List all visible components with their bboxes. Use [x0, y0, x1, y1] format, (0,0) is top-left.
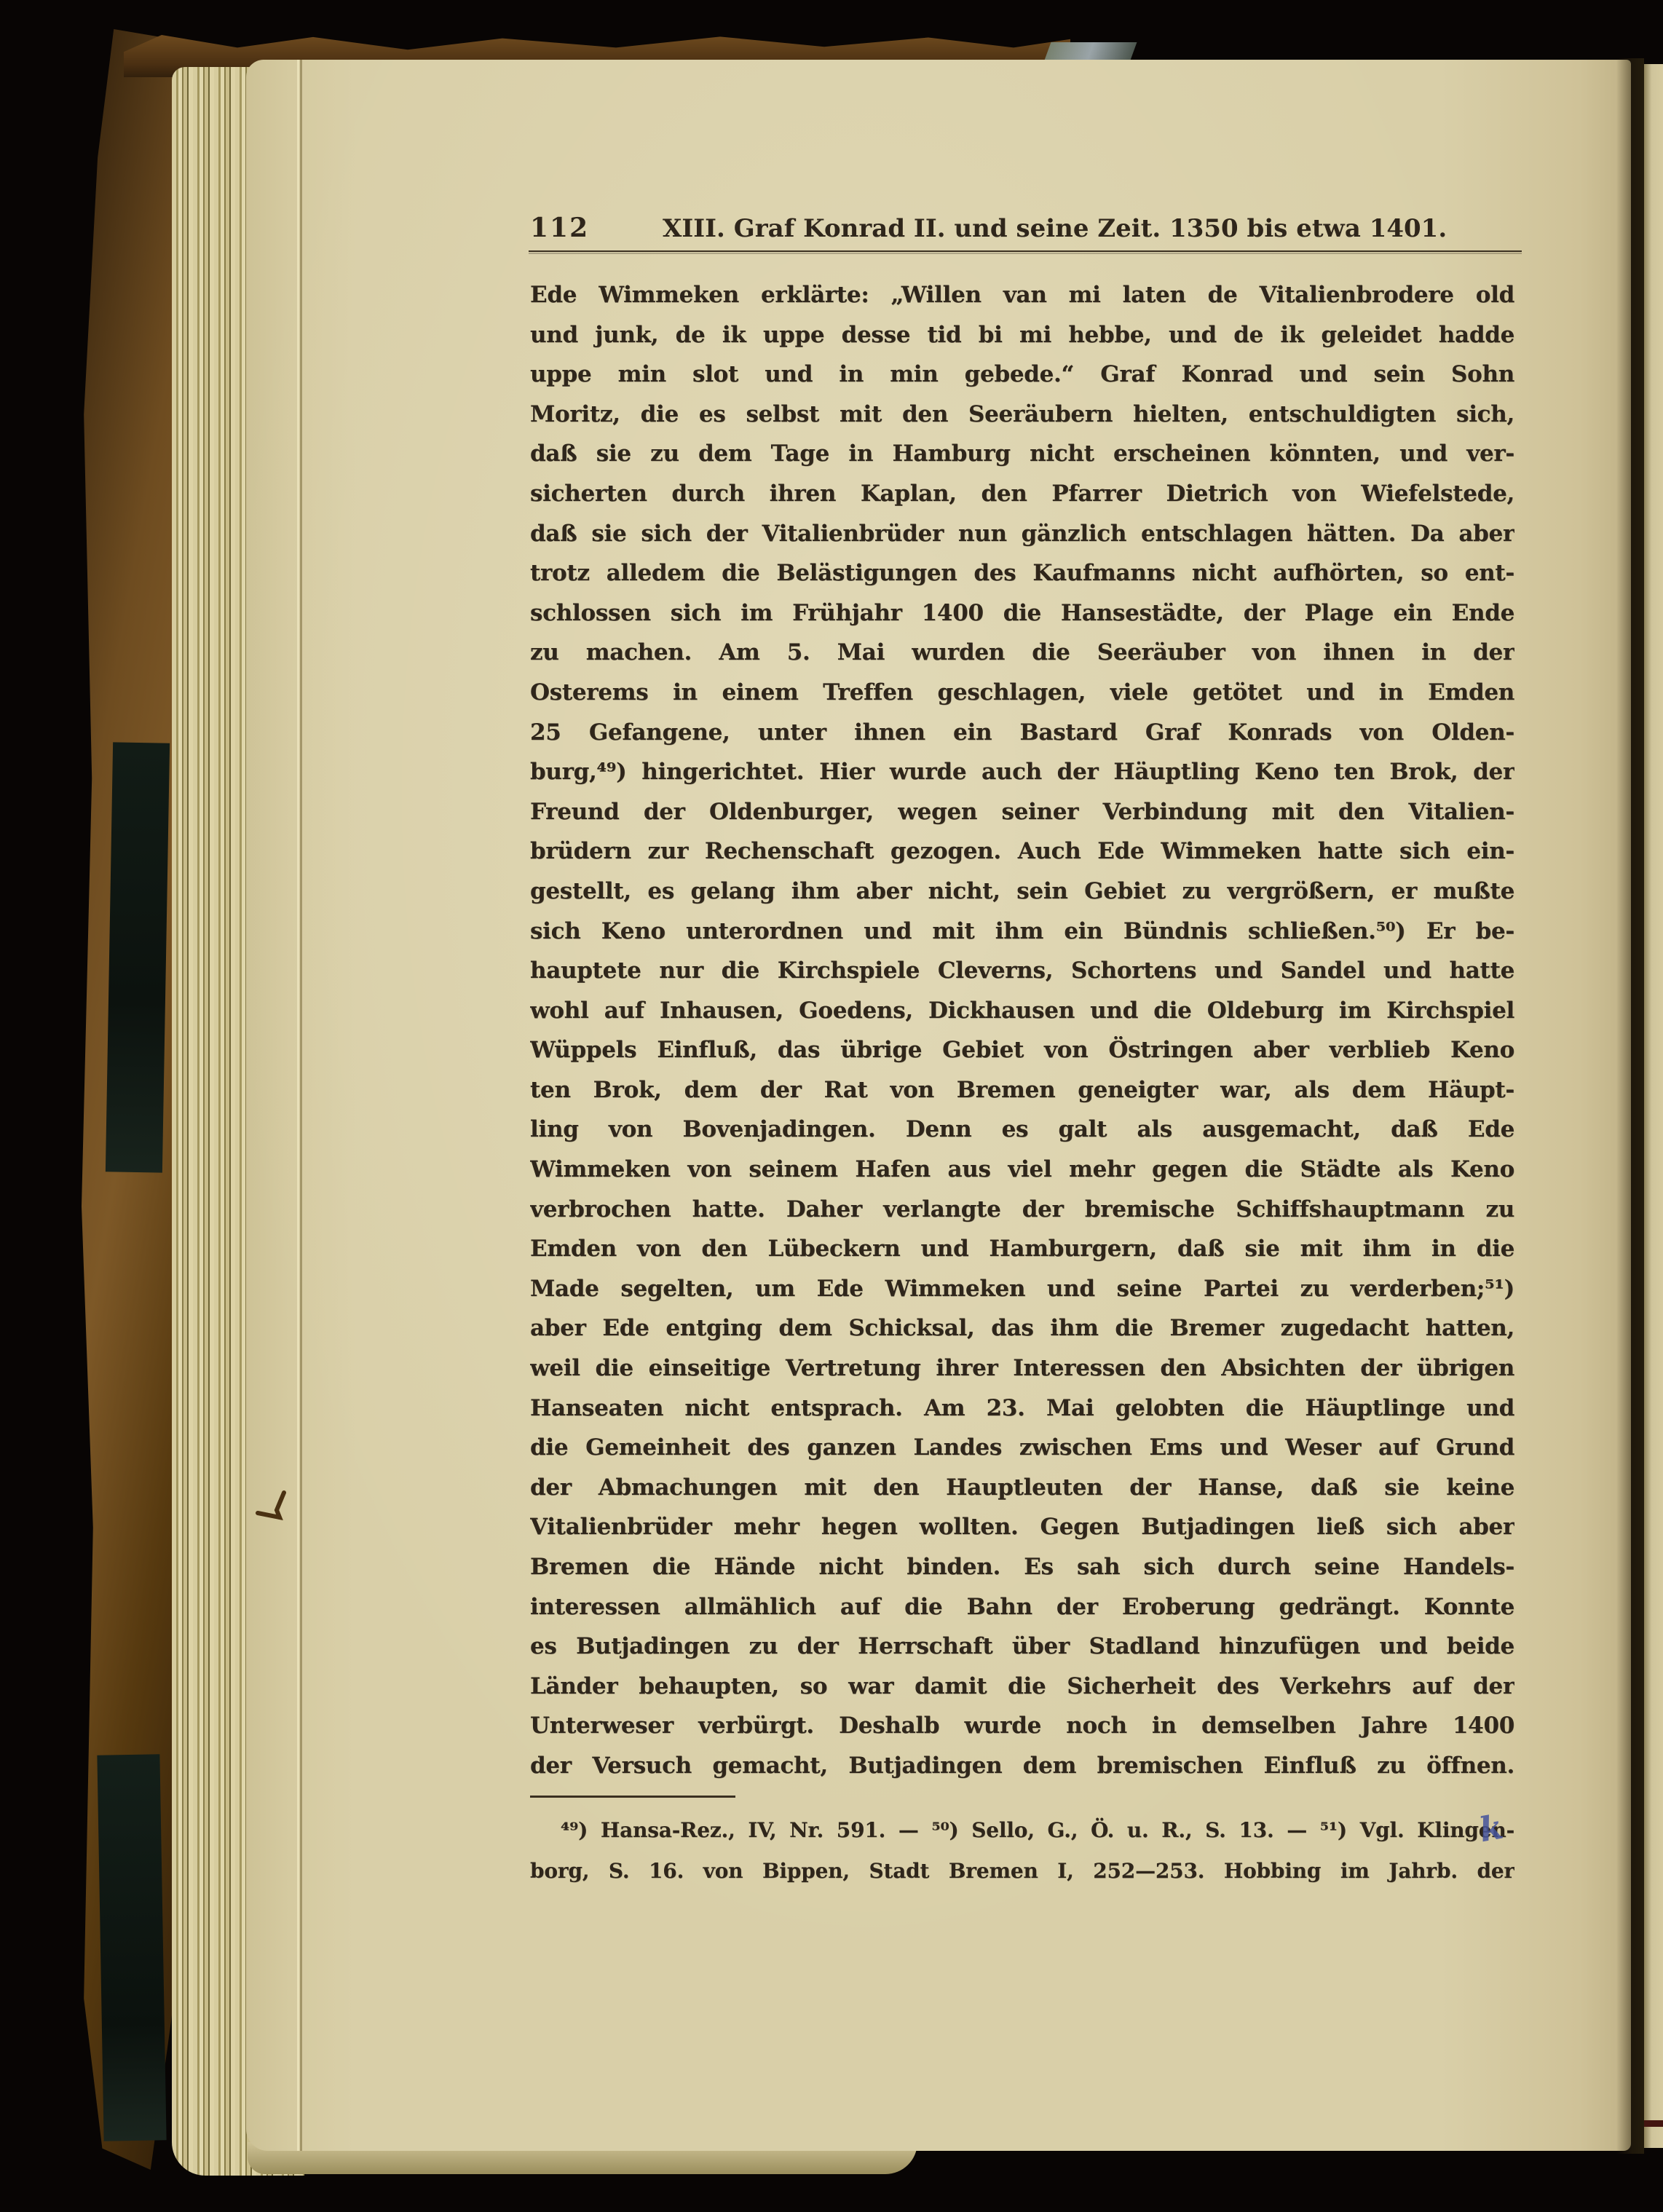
- facing-page-edge: [1644, 64, 1663, 2148]
- dark-cover-patch-lower: [97, 1754, 166, 2141]
- footnote-line: borg, S. 16. von Bippen, Stadt Bremen I,…: [530, 1851, 1514, 1892]
- text-line: trotz alledem die Belästigungen des Kauf…: [530, 553, 1514, 593]
- gutter-shadow: [1616, 58, 1644, 2154]
- text-line: 25 Gefangene, unter ihnen ein Bastard Gr…: [530, 713, 1514, 753]
- red-edge-mark: [1644, 2120, 1663, 2127]
- text-line: daß sie sich der Vitalienbrüder nun gänz…: [530, 514, 1514, 554]
- text-line: Vitalienbrüder mehr hegen wollten. Gegen…: [530, 1507, 1514, 1547]
- text-line: Ede Wimmeken erklärte: „Willen van mi la…: [530, 275, 1514, 315]
- text-line: Moritz, die es selbst mit den Seeräubern…: [530, 395, 1514, 435]
- text-line: Hanseaten nicht entsprach. Am 23. Mai ge…: [530, 1389, 1514, 1429]
- running-header: XIII. Graf Konrad II. und seine Zeit. 13…: [589, 214, 1520, 243]
- body-text: Ede Wimmeken erklärte: „Willen van mi la…: [530, 275, 1514, 1786]
- text-line: die Gemeinheit des ganzen Landes zwische…: [530, 1428, 1514, 1468]
- text-line: Wimmeken von seinem Hafen aus viel mehr …: [530, 1150, 1514, 1190]
- text-line: schlossen sich im Frühjahr 1400 die Hans…: [530, 593, 1514, 633]
- text-line: hauptete nur die Kirchspiele Cleverns, S…: [530, 951, 1514, 991]
- text-line: ten Brok, dem der Rat von Bremen geneigt…: [530, 1070, 1514, 1110]
- text-line: Emden von den Lübeckern und Hamburgern, …: [530, 1229, 1514, 1269]
- text-line: uppe min slot und in min gebede.“ Graf K…: [530, 355, 1514, 395]
- text-line: es Butjadingen zu der Herrschaft über St…: [530, 1627, 1514, 1667]
- page-crease: [300, 60, 302, 2151]
- text-line: sich Keno unterordnen und mit ihm ein Bü…: [530, 912, 1514, 952]
- text-line: interessen allmählich auf die Bahn der E…: [530, 1587, 1514, 1627]
- text-line: Freund der Oldenburger, wegen seiner Ver…: [530, 792, 1514, 832]
- margin-artifact-mark: [255, 1488, 307, 1523]
- text-line: ling von Bovenjadingen. Denn es galt als…: [530, 1110, 1514, 1150]
- footnote-line: ⁴⁹) Hansa-Rez., IV, Nr. 591. — ⁵⁰) Sello…: [530, 1810, 1514, 1851]
- text-line: Osterems in einem Treffen geschlagen, vi…: [530, 673, 1514, 713]
- text-line: verbrochen hatte. Daher verlangte der br…: [530, 1190, 1514, 1230]
- book-page: 112 XIII. Graf Konrad II. und seine Zeit…: [246, 60, 1631, 2151]
- text-line: sicherten durch ihren Kaplan, den Pfarre…: [530, 474, 1514, 514]
- text-line: Wüppels Einfluß, das übrige Gebiet von Ö…: [530, 1030, 1514, 1070]
- footnotes: ⁴⁹) Hansa-Rez., IV, Nr. 591. — ⁵⁰) Sello…: [530, 1810, 1514, 1892]
- text-line: wohl auf Inhausen, Goedens, Dickhausen u…: [530, 991, 1514, 1031]
- text-line: gestellt, es gelang ihm aber nicht, sein…: [530, 872, 1514, 912]
- text-line: und junk, de ik uppe desse tid bi mi heb…: [530, 315, 1514, 355]
- running-header-row: 112 XIII. Graf Konrad II. und seine Zeit…: [530, 213, 1520, 243]
- text-line: brüdern zur Rechenschaft gezogen. Auch E…: [530, 832, 1514, 872]
- text-line: weil die einseitige Vertretung ihrer Int…: [530, 1348, 1514, 1389]
- text-line: aber Ede entging dem Schicksal, das ihm …: [530, 1308, 1514, 1348]
- text-line: der Abmachungen mit den Hauptleuten der …: [530, 1468, 1514, 1508]
- text-line: Unterweser verbürgt. Deshalb wurde noch …: [530, 1706, 1514, 1746]
- page-number: 112: [530, 213, 589, 243]
- text-line: Länder behaupten, so war damit die Siche…: [530, 1667, 1514, 1707]
- text-line: burg,⁴⁹) hingerichtet. Hier wurde auch d…: [530, 752, 1514, 792]
- footnote-separator: [530, 1796, 735, 1798]
- text-line: daß sie zu dem Tage in Hamburg nicht ers…: [530, 434, 1514, 474]
- text-line: Bremen die Hände nicht binden. Es sah si…: [530, 1547, 1514, 1587]
- photo-background: 112 XIII. Graf Konrad II. und seine Zeit…: [0, 0, 1663, 2212]
- header-rule: [529, 250, 1522, 252]
- text-line: der Versuch gemacht, Butjadingen dem bre…: [530, 1746, 1514, 1786]
- text-line: Made segelten, um Ede Wimmeken und seine…: [530, 1269, 1514, 1309]
- dark-cover-patch-upper: [106, 742, 170, 1172]
- book: 112 XIII. Graf Konrad II. und seine Zeit…: [0, 0, 1663, 2212]
- text-line: zu machen. Am 5. Mai wurden die Seeräube…: [530, 633, 1514, 673]
